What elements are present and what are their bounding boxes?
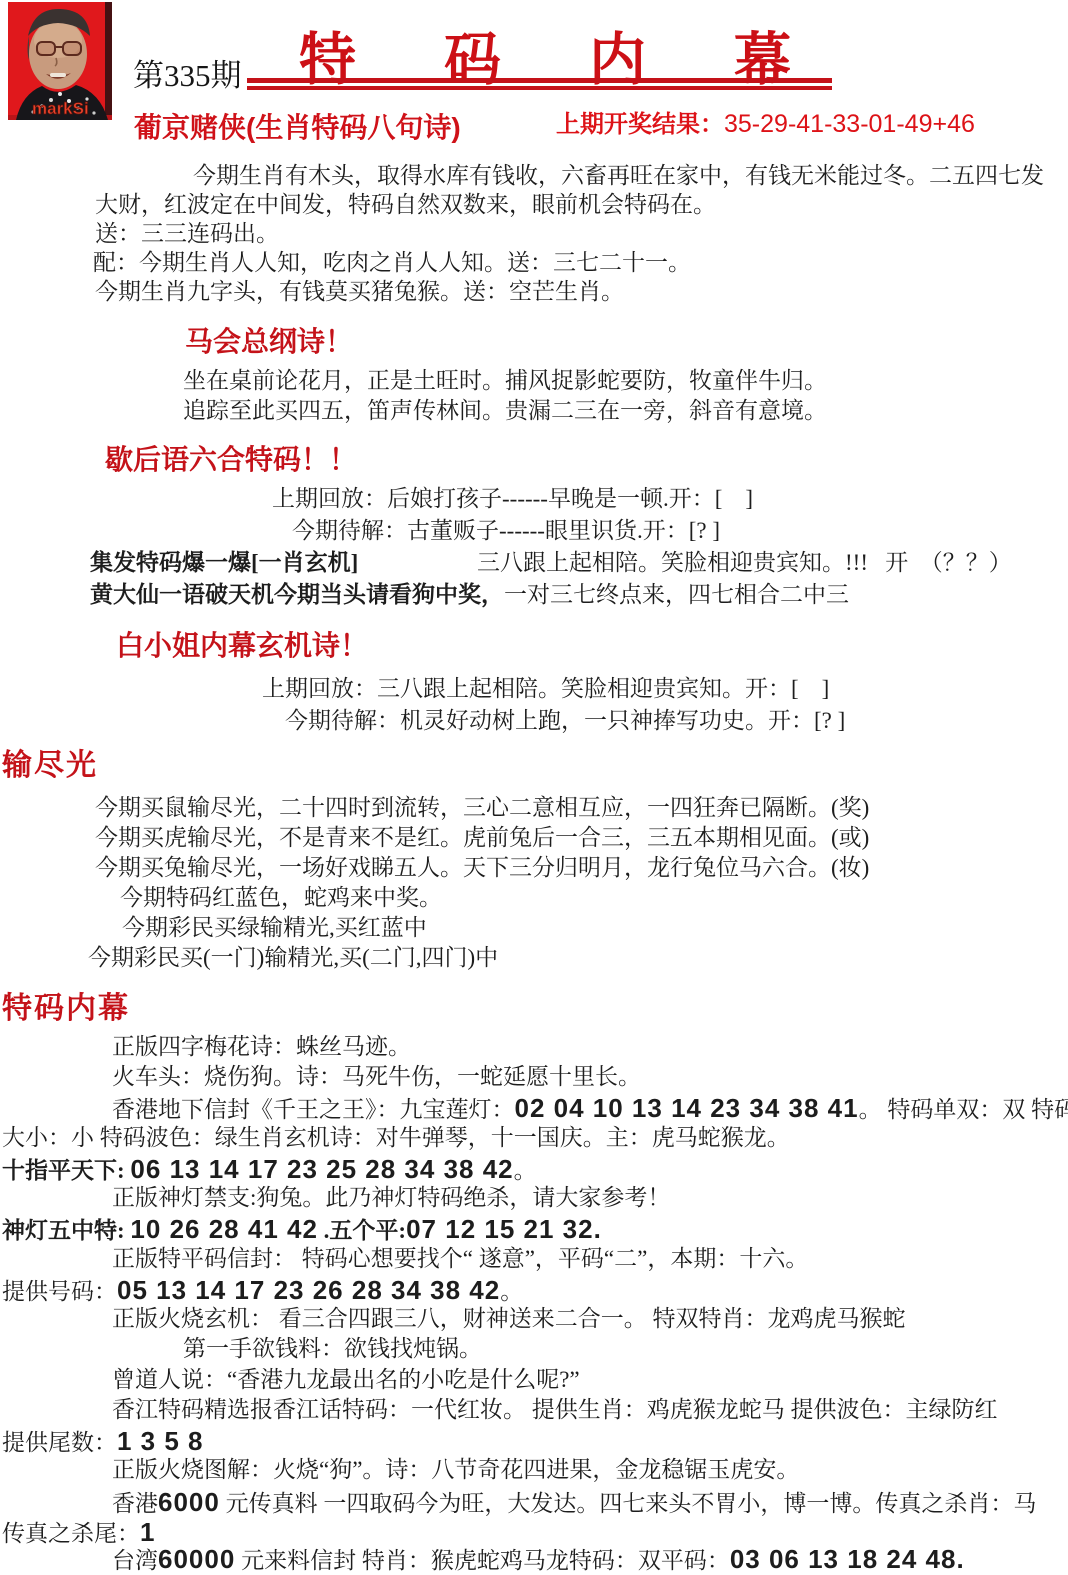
list-item: 正版特平码信封： 特码心想要找个“ 遂意”，平码“二”，本期：十六。 xyxy=(112,1246,808,1272)
poem-line: 坐在桌前论花月，正是土旺时。捕风捉影蛇要防，牧童伴牛归。 xyxy=(183,368,827,394)
poem-line: 送：三三连码出。 xyxy=(95,221,279,247)
poem-line: 今期生肖有木头，取得水库有钱收，六畜再旺在家中，有钱无米能过冬。二五四七发 xyxy=(193,163,1044,189)
line-text: 台湾 xyxy=(112,1548,158,1573)
line-text: 香港 xyxy=(112,1491,158,1516)
list-item: 正版火烧玄机： 看三合四跟三八，财神送来二合一。 特双特肖：龙鸡虎马猴蛇 xyxy=(112,1306,906,1332)
huangdaxian-bold: 黄大仙一语破天机今期当头请看狗中奖， xyxy=(90,582,504,607)
poem-line: 追踪至此买四五，笛声传林间。贵漏二三在一旁，斜音有意境。 xyxy=(183,398,827,424)
number-sequence: 05 13 14 17 23 26 28 34 38 42 xyxy=(117,1275,500,1305)
number-sequence: 06 13 14 17 23 25 28 34 38 42 xyxy=(130,1154,513,1184)
huangdaxian-rest: 一对三七终点来，四七相合二中三 xyxy=(504,582,849,607)
number-sequence: 1 3 5 8 xyxy=(117,1426,204,1456)
replay-line: 上期回放：三八跟上起相陪。笑脸相迎贵宾知。开：[ ] xyxy=(262,676,829,702)
page-title: 特码内幕 xyxy=(299,14,879,96)
list-item: 正版火烧图解：火烧“狗”。诗：八节奇花四进果，金龙稳锯玉虎安。 xyxy=(112,1457,799,1483)
list-item: 提供尾数：1 3 5 8 xyxy=(2,1427,204,1457)
number-value: 60000 xyxy=(158,1544,235,1574)
poem-line: 配：今期生肖人人知，吃肉之肖人人知。送：三七二十一。 xyxy=(93,250,691,276)
line-label: 传真之杀尾： xyxy=(2,1521,140,1546)
pending-line: 今期待解：机灵好动树上跑，一只神捧写功史。开：[? ] xyxy=(285,708,845,734)
number-sequence: 07 12 15 21 32. xyxy=(406,1214,602,1244)
line-label: 提供尾数： xyxy=(2,1430,117,1455)
line-text: 元来料信封 特肖：猴虎蛇鸡马龙特码：双平码： xyxy=(235,1548,730,1573)
section-heading-xiehouyu: 歇后语六合特码！！ xyxy=(105,438,357,478)
last-draw-result: 上期开奖结果：35-29-41-33-01-49+46 xyxy=(556,104,975,139)
burst-text: 三八跟上起相陪。笑脸相迎贵宾知。!!! 开 （？？） xyxy=(477,550,1012,575)
list-item: 香江特码精选报香江话特码：一代红妆。 提供生肖：鸡虎猴龙蛇马 提供波色：主绿防红 xyxy=(112,1397,998,1423)
title-underline-bottom xyxy=(247,86,832,90)
section-heading-baixiaojie: 白小姐内幕玄机诗！ xyxy=(116,624,368,664)
list-item: 火车头：烧伤狗。诗：马死牛伤，一蛇延愿十里长。 xyxy=(112,1064,641,1090)
poem-line: 今期生肖九字头，有钱莫买猪兔猴。送：空芒生肖。 xyxy=(95,279,624,305)
list-item: 香港地下信封《千王之王》：九宝莲灯：02 04 10 13 14 23 34 3… xyxy=(112,1094,1068,1124)
list-item: 提供号码：05 13 14 17 23 26 28 34 38 42。 xyxy=(2,1276,523,1306)
list-item: 今期买兔输尽光，一场好戏睇五人。天下三分归明月，龙行兔位马六合。(妆) xyxy=(95,855,869,881)
line-label: 神灯五中特: xyxy=(2,1218,130,1243)
line-text: 。 xyxy=(500,1279,523,1304)
list-item: 今期彩民买绿输精光,买红蓝中 xyxy=(122,915,427,941)
portrait-caption: markSi xyxy=(32,99,89,118)
list-item: 正版神灯禁支:狗兔。此乃神灯特码绝杀，请大家参考！ xyxy=(112,1185,670,1211)
title-underline-top xyxy=(247,78,832,83)
line-text: .五个平: xyxy=(318,1218,406,1243)
line-text: 元传真料 一四取码今为旺，大发达。四七来头不胃小，博一博。传真之杀肖：马 xyxy=(220,1491,1037,1516)
last-draw-numbers: 35-29-41-33-01-49+46 xyxy=(724,110,975,138)
number-sequence: 02 04 10 13 14 23 34 38 41 xyxy=(515,1093,859,1123)
number-sequence: 03 06 13 18 24 48. xyxy=(730,1544,965,1574)
section-heading-temaneimu: 特码内幕 xyxy=(2,983,130,1027)
list-item: 今期特码红蓝色，蛇鸡来中奖。 xyxy=(120,885,442,911)
list-item: 曾道人说：“香港九龙最出名的小吃是什么呢?” xyxy=(112,1367,580,1393)
list-item: 神灯五中特: 10 26 28 41 42 .五个平:07 12 15 21 3… xyxy=(2,1215,602,1245)
line-label: 提供号码： xyxy=(2,1279,117,1304)
number-value: 1 xyxy=(140,1517,155,1547)
list-item: 第一手欲钱料：欲钱找炖锅。 xyxy=(183,1336,482,1362)
line-text: 。 特码单双：双 特码 xyxy=(859,1097,1068,1122)
huangdaxian-line: 黄大仙一语破天机今期当头请看狗中奖，一对三七终点来，四七相合二中三 xyxy=(90,582,849,608)
list-item: 台湾60000 元来料信封 特肖：猴虎蛇鸡马龙特码：双平码：03 06 13 1… xyxy=(112,1545,965,1575)
list-item: 今期买鼠输尽光，二十四时到流转，三心二意相互应，一四狂奔已隔断。(奖) xyxy=(95,795,869,821)
line-text: 香港地下信封《千王之王》：九宝莲灯： xyxy=(112,1097,515,1122)
list-item: 传真之杀尾：1 xyxy=(2,1518,155,1548)
portrait-photo: markSi xyxy=(8,2,112,120)
burst-line: 集发特码爆一爆[一肖玄机]三八跟上起相陪。笑脸相迎贵宾知。!!! 开 （？？） xyxy=(90,550,1012,576)
last-draw-label: 上期开奖结果： xyxy=(556,111,724,138)
list-item: 香港6000 元传真料 一四取码今为旺，大发达。四七来头不胃小，博一博。传真之杀… xyxy=(112,1488,1036,1518)
line-text: 。 xyxy=(514,1158,537,1183)
list-item: 大小：小 特码波色：绿生肖玄机诗：对牛弹琴，十一国庆。主：虎马蛇猴龙。 xyxy=(2,1125,790,1151)
number-sequence: 10 26 28 41 42 xyxy=(130,1214,318,1244)
list-item: 今期彩民买(一门)输精光,买(二门,四门)中 xyxy=(88,945,498,971)
pending-line: 今期待解：古董贩子------眼里识货.开：[? ] xyxy=(292,518,720,544)
replay-line: 上期回放：后娘打孩子------早晚是一顿.开：[ ] xyxy=(272,486,753,512)
list-item: 正版四字梅花诗：蛛丝马迹。 xyxy=(112,1034,411,1060)
section-heading-shujinguang: 输尽光 xyxy=(2,740,98,784)
line-label: 十指平天下: xyxy=(2,1158,130,1183)
tip-sheet-page: markSi 第335期 特码内幕 葡京赌侠(生肖特码八句诗) 上期开奖结果：3… xyxy=(0,0,1068,1575)
number-value: 6000 xyxy=(158,1487,220,1517)
burst-label: 集发特码爆一爆[一肖玄机] xyxy=(90,550,477,576)
poem-line: 大财，红波定在中间发，特码自然双数来，眼前机会特码在。 xyxy=(95,192,716,218)
list-item: 十指平天下: 06 13 14 17 23 25 28 34 38 42。 xyxy=(2,1155,537,1185)
section-heading-mahui: 马会总纲诗！ xyxy=(185,320,353,360)
issue-number: 第335期 xyxy=(133,50,242,95)
list-item: 今期买虎输尽光，不是青来不是红。虎前兔后一合三，三五本期相见面。(或) xyxy=(95,825,869,851)
section-subtitle: 葡京赌侠(生肖特码八句诗) xyxy=(134,106,461,146)
